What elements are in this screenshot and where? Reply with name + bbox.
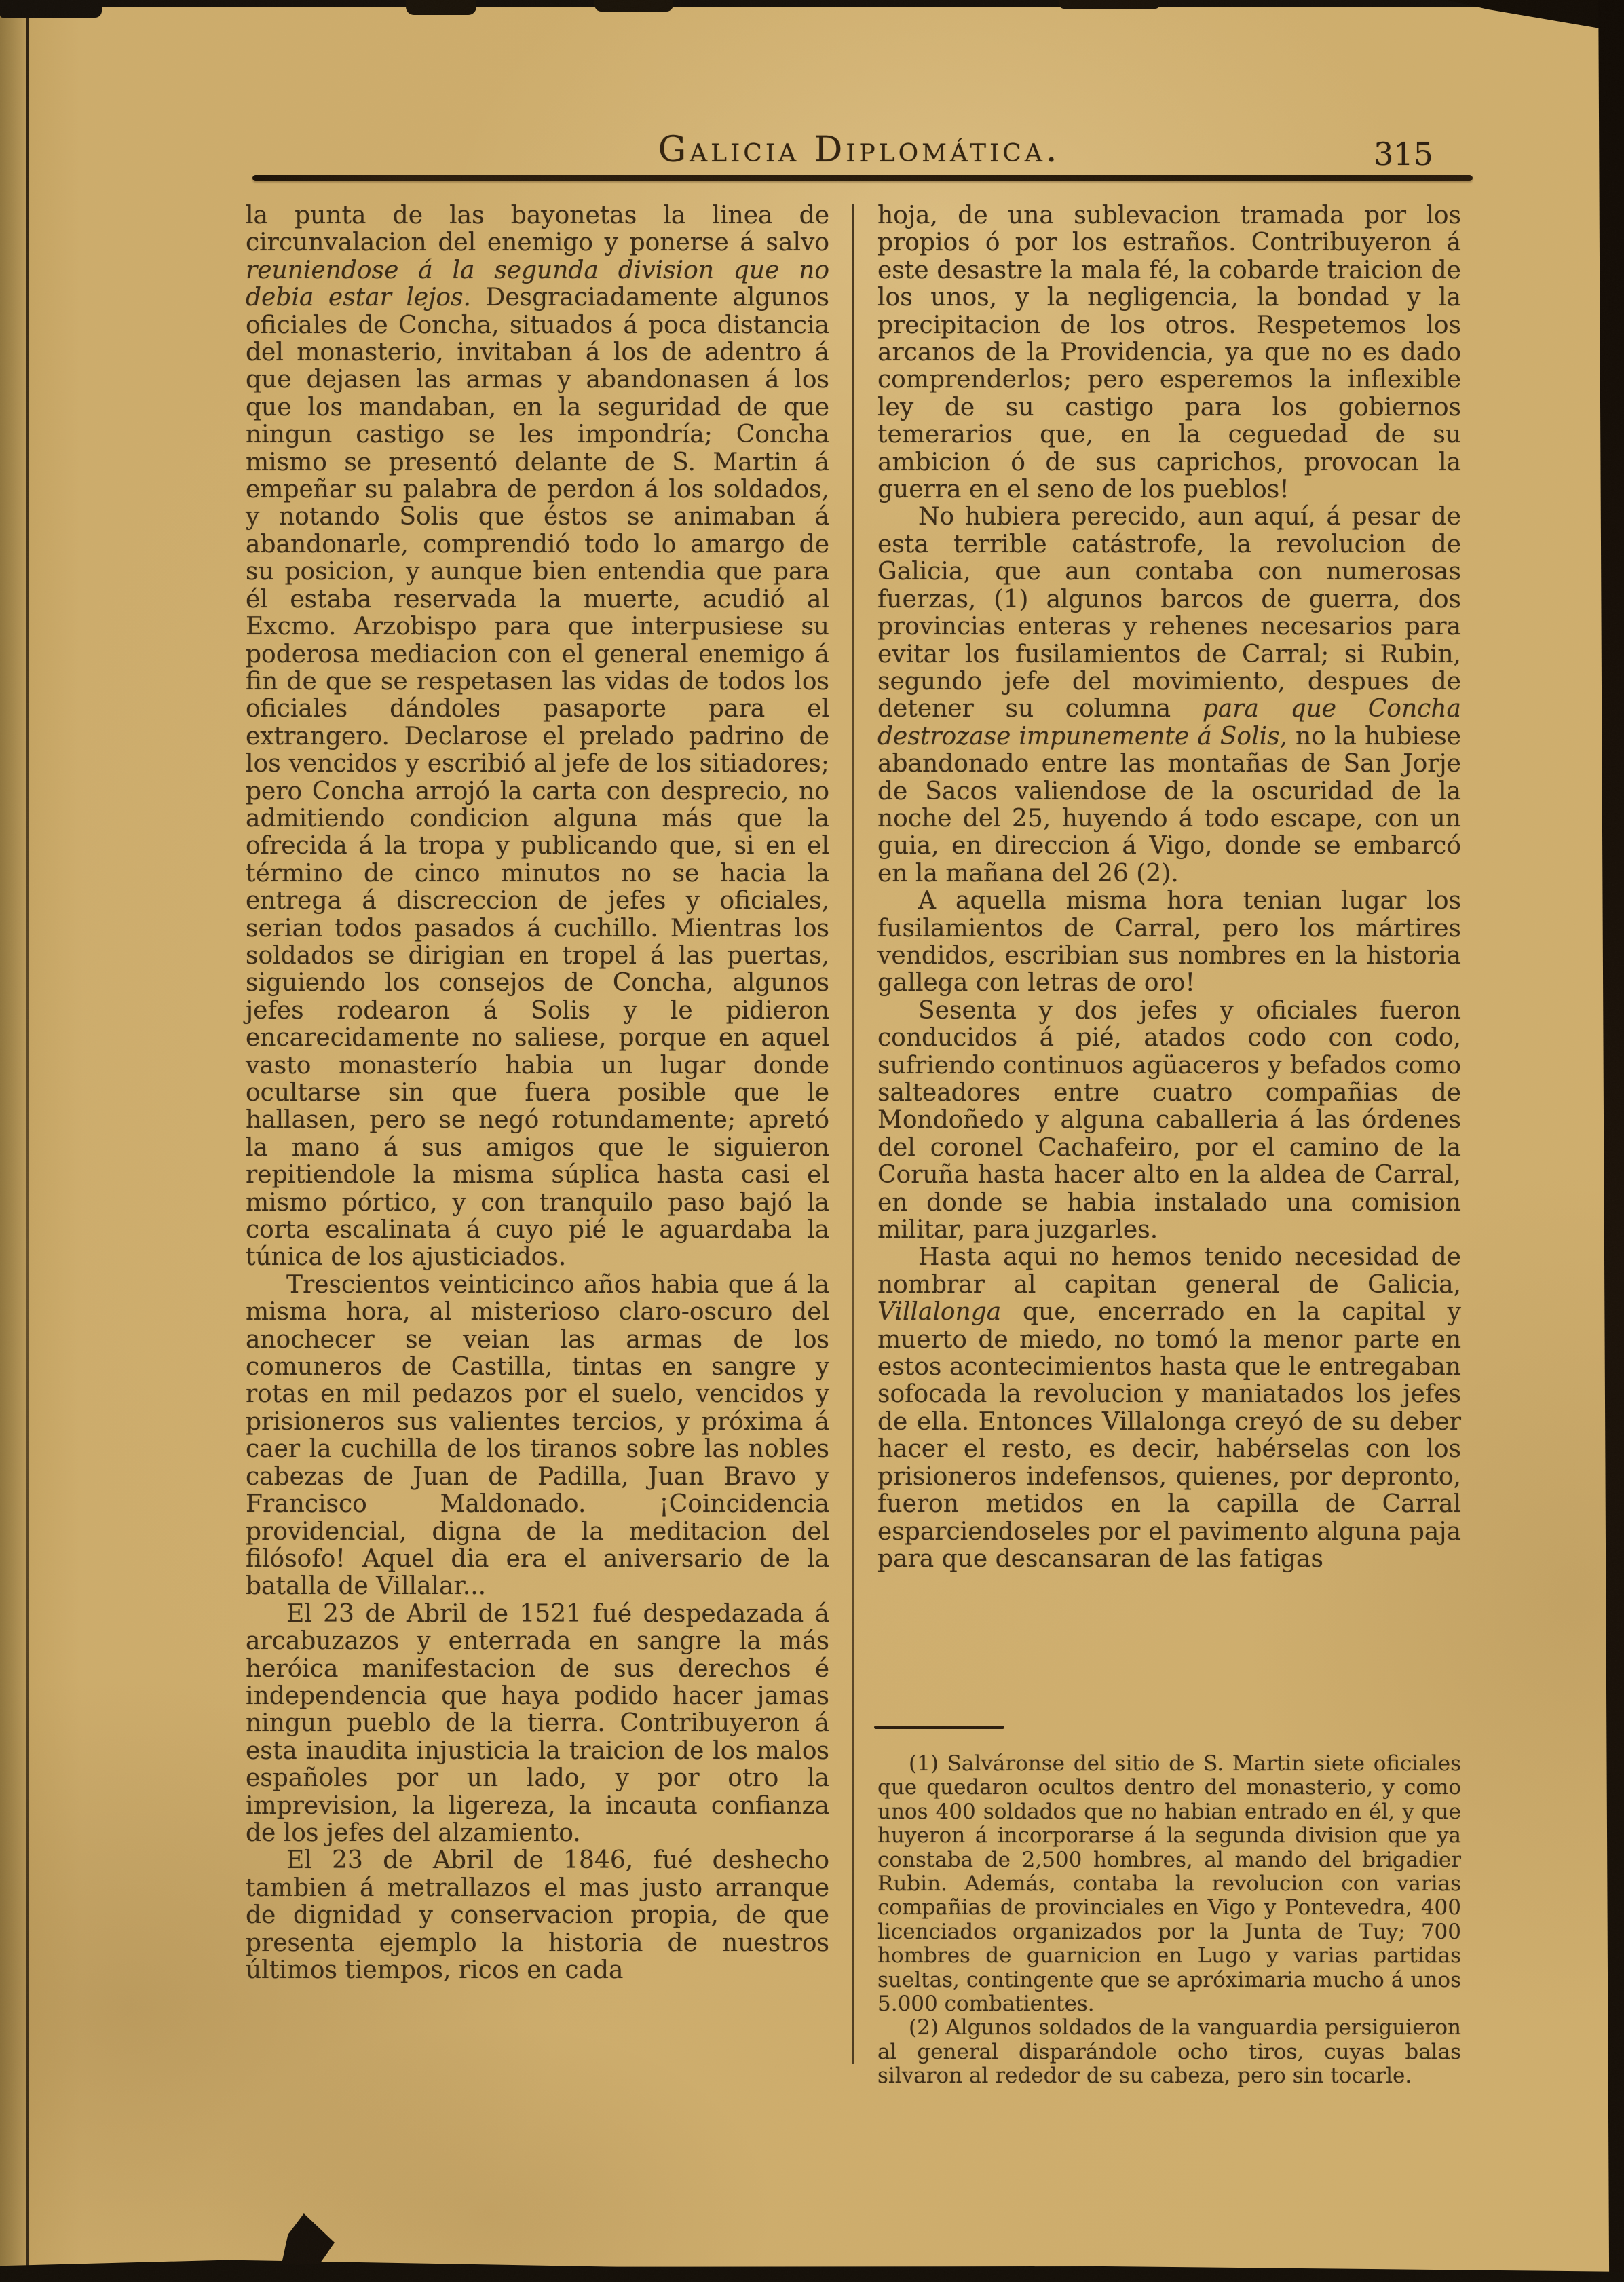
paragraph: No hubiera perecido, aun aquí, á pesar d…: [877, 503, 1461, 888]
left-crease-line: [26, 3, 29, 2276]
body-text: la punta de las bayonetas la linea de ci…: [246, 202, 829, 256]
body-text: (1) Salváronse del sitio de S. Martin si…: [877, 1751, 1461, 2016]
column-divider: [852, 204, 854, 2064]
footnotes: (1) Salváronse del sitio de S. Martin si…: [877, 1752, 1461, 2089]
paragraph: Trescientos veinticinco años habia que á…: [246, 1272, 829, 1601]
body-text: No hubiera perecido, aun aquí, á pesar d…: [877, 503, 1461, 723]
body-text: Sesenta y dos jefes y oficiales fueron c…: [877, 997, 1461, 1244]
body-text: que, encerrado en la capital y muerto de…: [877, 1298, 1461, 1573]
body-text: El 23 de Abril de 1521 fué despedazada á…: [246, 1600, 829, 1847]
scanned-page: Galicia Diplomática. 315 la punta de las…: [0, 0, 1624, 2282]
body-text: A aquella misma hora tenian lugar los fu…: [877, 887, 1461, 997]
left-margin-shade: [0, 0, 26, 2282]
body-text: hoja, de una sublevacion tramada por los…: [877, 202, 1461, 503]
column-right: hoja, de una sublevacion tramada por los…: [877, 202, 1461, 1573]
top-left-edge-shadow: [0, 0, 102, 18]
column-left: la punta de las bayonetas la linea de ci…: [246, 202, 829, 1984]
paragraph: El 23 de Abril de 1846, fué deshecho tam…: [246, 1847, 829, 1984]
body-text: (2) Algunos soldados de la vanguardia pe…: [877, 2015, 1461, 2088]
body-text: Trescientos veinticinco años habia que á…: [246, 1271, 829, 1600]
top-edge-mark: [1059, 0, 1160, 9]
paragraph: (1) Salváronse del sitio de S. Martin si…: [877, 1752, 1461, 2016]
page-title: Galicia Diplomática.: [246, 131, 1473, 169]
paragraph: A aquella misma hora tenian lugar los fu…: [877, 888, 1461, 997]
paragraph: El 23 de Abril de 1521 fué despedazada á…: [246, 1601, 829, 1848]
top-edge-mark: [594, 0, 673, 12]
header-rule: [252, 175, 1473, 181]
paragraph: (2) Algunos soldados de la vanguardia pe…: [877, 2016, 1461, 2088]
paragraph: la punta de las bayonetas la linea de ci…: [246, 202, 829, 1272]
body-text: Desgraciadamente algunos oficiales de Co…: [246, 284, 829, 1271]
paragraph: Sesenta y dos jefes y oficiales fueron c…: [877, 997, 1461, 1244]
paragraph: hoja, de una sublevacion tramada por los…: [877, 202, 1461, 503]
italic-text: Villalonga: [877, 1298, 1001, 1326]
paragraph: Hasta aqui no hemos tenido necesidad de …: [877, 1244, 1461, 1573]
body-text: Hasta aqui no hemos tenido necesidad de …: [877, 1243, 1461, 1298]
body-text: El 23 de Abril de 1846, fué deshecho tam…: [246, 1846, 829, 1984]
footnote-separator: [874, 1726, 1004, 1729]
top-edge-shadow: [0, 0, 1624, 7]
page-number: 315: [1363, 137, 1444, 171]
top-edge-mark: [406, 0, 476, 15]
